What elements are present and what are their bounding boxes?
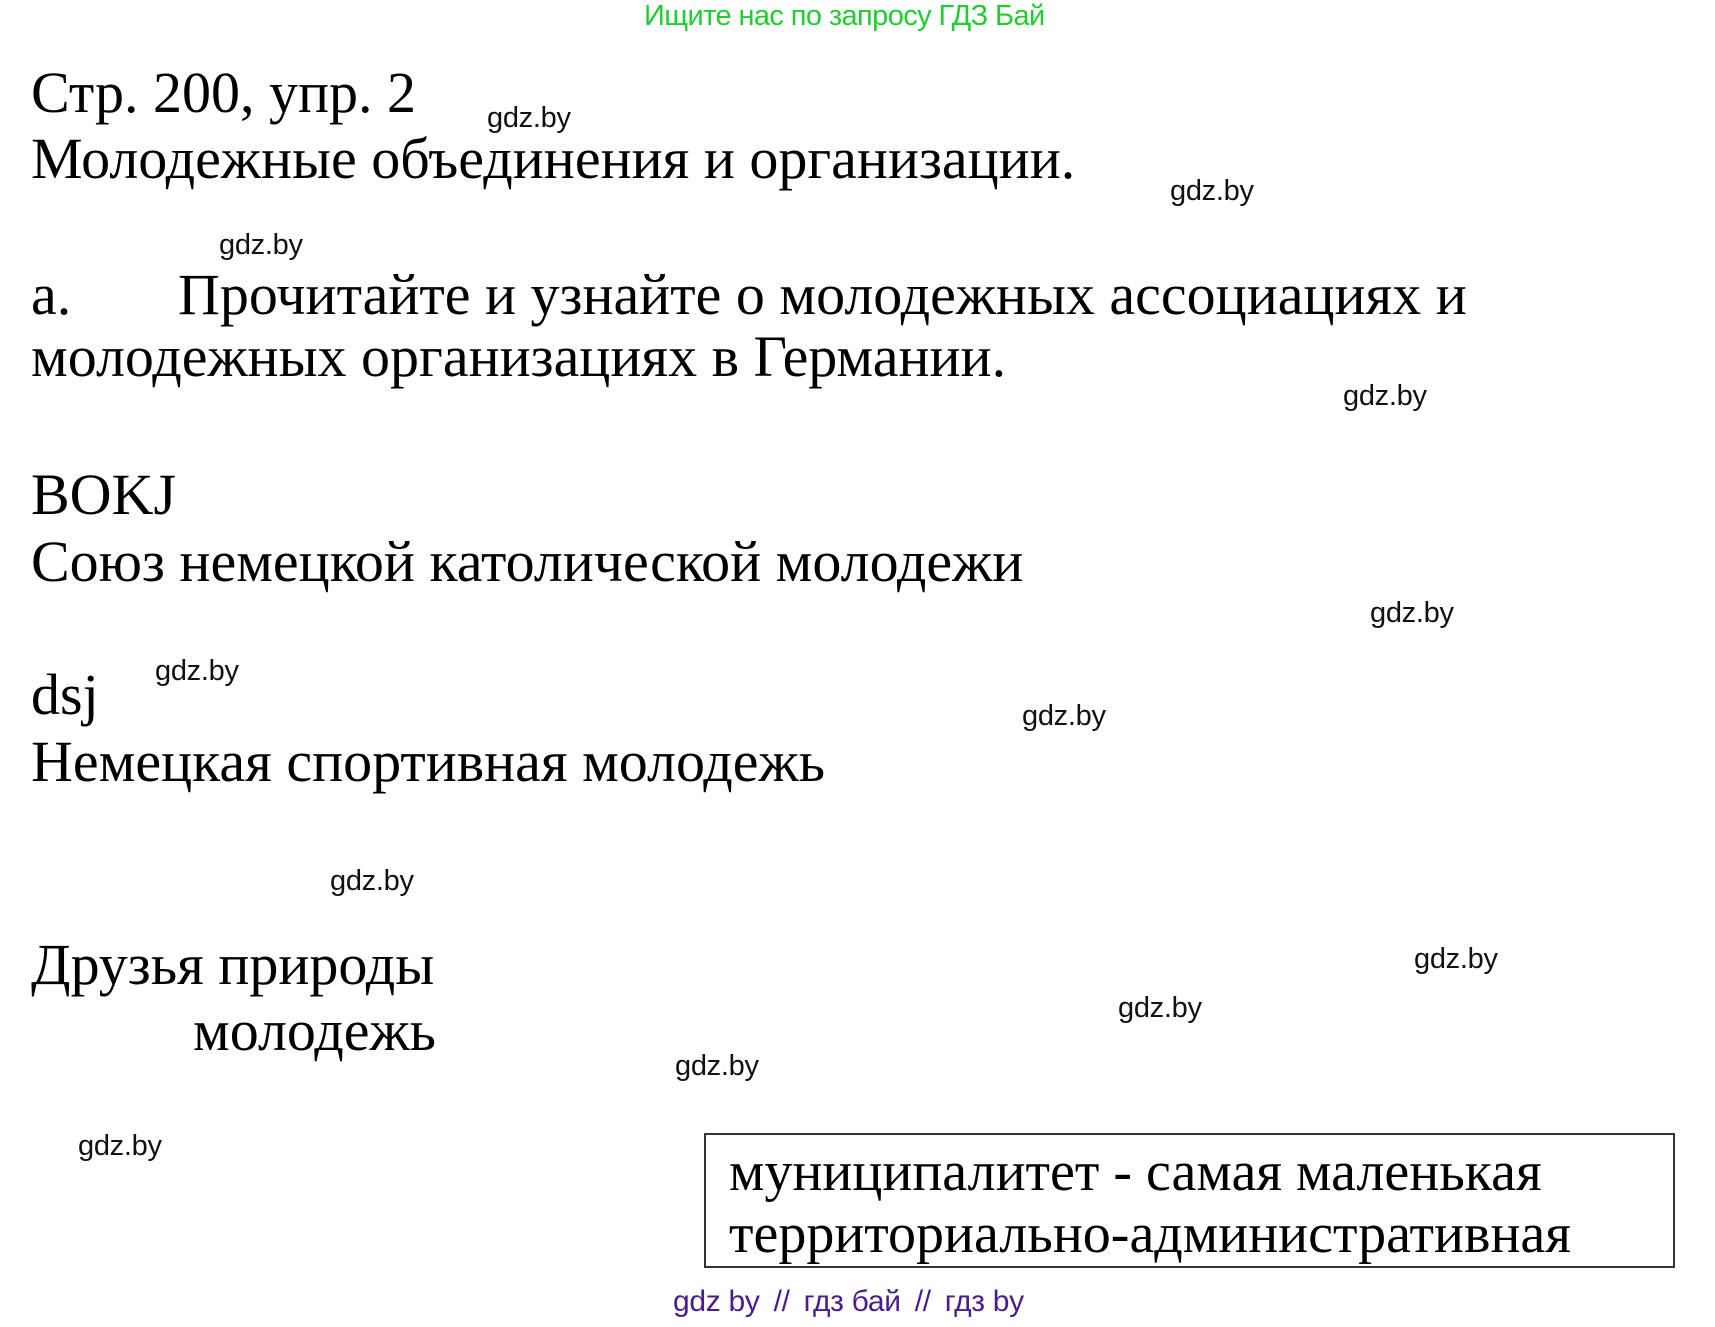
org-translation-naturfreunde-line2: молодежь bbox=[193, 1002, 436, 1060]
org-translation-dsj: Немецкая спортивная молодежь bbox=[31, 733, 825, 791]
footer-separator: // bbox=[774, 1285, 790, 1318]
org-abbr-bokj: BOKJ bbox=[31, 466, 176, 524]
org-abbr-dsj: dsj bbox=[31, 666, 99, 724]
watermark: gdz.by bbox=[1170, 177, 1254, 206]
org-translation-naturfreunde-line1: Друзья природы bbox=[31, 936, 434, 994]
footer-link-gdz-bai[interactable]: гдз бай bbox=[804, 1285, 901, 1318]
watermark: gdz.by bbox=[1370, 599, 1454, 628]
definition-line1: муниципалитет - самая маленькая bbox=[729, 1144, 1542, 1200]
task-label: а. bbox=[31, 266, 71, 324]
watermark: gdz.by bbox=[675, 1052, 759, 1081]
definition-line2: территориально-административная bbox=[729, 1206, 1571, 1262]
watermark: gdz.by bbox=[487, 104, 571, 133]
footer-links: gdz by//гдз бай//гдз by bbox=[673, 1287, 1024, 1317]
watermark: gdz.by bbox=[78, 1132, 162, 1161]
task-text-line1: Прочитайте и узнайте о молодежных ассоци… bbox=[178, 266, 1467, 324]
watermark: gdz.by bbox=[1118, 994, 1202, 1023]
footer-link-gdz-by[interactable]: gdz by bbox=[673, 1285, 760, 1318]
watermark: gdz.by bbox=[1414, 945, 1498, 974]
footer-separator: // bbox=[915, 1285, 931, 1318]
watermark: gdz.by bbox=[1022, 702, 1106, 731]
definition-box: муниципалитет - самая маленькая территор… bbox=[704, 1133, 1675, 1268]
footer-link-gdz-by-cyr[interactable]: гдз by bbox=[945, 1285, 1024, 1318]
watermark: gdz.by bbox=[219, 231, 303, 260]
watermark: gdz.by bbox=[155, 657, 239, 686]
watermark: gdz.by bbox=[1343, 382, 1427, 411]
promo-header: Ищите нас по запросу ГДЗ Бай bbox=[644, 2, 1045, 31]
page-reference: Стр. 200, упр. 2 bbox=[31, 64, 416, 122]
watermark: gdz.by bbox=[330, 867, 414, 896]
org-translation-bokj: Союз немецкой католической молодежи bbox=[31, 533, 1023, 591]
task-text-line2: молодежных организациях в Германии. bbox=[31, 328, 1006, 386]
topic-title: Молодежные объединения и организации. bbox=[31, 130, 1075, 188]
